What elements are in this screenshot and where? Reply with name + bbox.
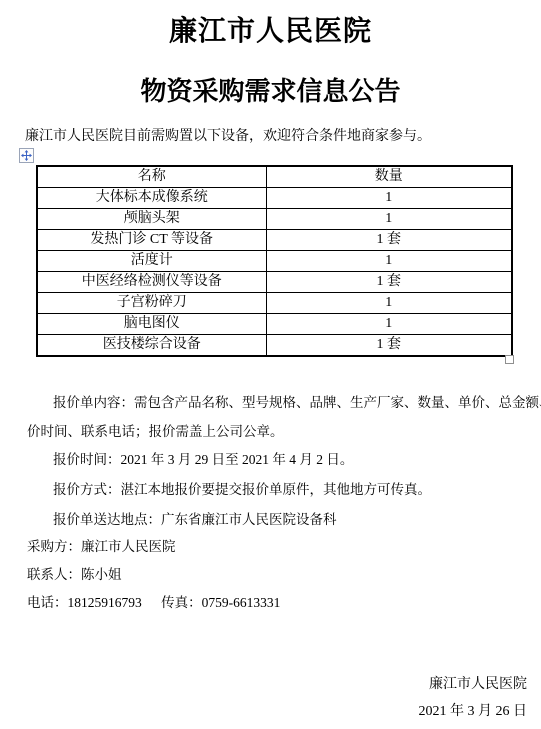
procurement-table: 名称 数量 大体标本成像系统1颅脑头架1发热门诊 CT 等设备1 套活度计1中医…: [36, 165, 513, 357]
table-row: 子宫粉碎刀1: [37, 293, 512, 314]
table-row: 医技楼综合设备1 套: [37, 335, 512, 357]
table-cell-name: 子宫粉碎刀: [37, 293, 266, 314]
quote-content-line1: 报价单内容：需包含产品名称、型号规格、品牌、生产厂家、数量、单价、总金额、报: [53, 394, 541, 411]
table-resize-handle[interactable]: [505, 355, 514, 364]
table-row: 发热门诊 CT 等设备1 套: [37, 230, 512, 251]
table-cell-name: 医技楼综合设备: [37, 335, 266, 357]
intro-paragraph: 廉江市人民医院目前需购置以下设备，欢迎符合条件地商家参与。: [25, 128, 431, 146]
move-arrows-icon: [21, 150, 32, 161]
fax-value: 传真：0759-6613331: [161, 594, 280, 611]
table-cell-qty: 1: [266, 314, 512, 335]
table-header-name: 名称: [37, 166, 266, 188]
table-cell-qty: 1 套: [266, 230, 512, 251]
table-row: 颅脑头架1: [37, 209, 512, 230]
table-cell-name: 中医经络检测仪等设备: [37, 272, 266, 293]
phone-fax-line: 电话：18125916793 传真：0759-6613331: [27, 594, 280, 611]
contact-line: 联系人：陈小姐: [27, 566, 122, 583]
table-row: 中医经络检测仪等设备1 套: [37, 272, 512, 293]
document-subtitle: 物资采购需求信息公告: [0, 71, 541, 108]
document-page: 廉江市人民医院 物资采购需求信息公告 廉江市人民医院目前需购置以下设备，欢迎符合…: [0, 0, 541, 729]
table-cell-qty: 1: [266, 293, 512, 314]
phone-value: 电话：18125916793: [27, 595, 142, 610]
document-title: 廉江市人民医院: [0, 9, 541, 49]
table-cell-qty: 1: [266, 188, 512, 209]
table-header-qty: 数量: [266, 166, 512, 188]
quote-time-line: 报价时间：2021 年 3 月 29 日至 2021 年 4 月 2 日。: [53, 451, 353, 468]
table-cell-name: 颅脑头架: [37, 209, 266, 230]
table-cell-qty: 1: [266, 251, 512, 272]
table-cell-qty: 1 套: [266, 272, 512, 293]
quote-content-line2: 价时间、联系电话；报价需盖上公司公章。: [27, 423, 284, 440]
quote-method-line: 报价方式：湛江本地报价要提交报价单原件，其他地方可传真。: [53, 481, 431, 498]
table-header-row: 名称 数量: [37, 166, 512, 188]
table-cell-name: 大体标本成像系统: [37, 188, 266, 209]
table-cell-name: 发热门诊 CT 等设备: [37, 230, 266, 251]
table-cell-qty: 1: [266, 209, 512, 230]
purchaser-line: 采购方：廉江市人民医院: [27, 538, 176, 555]
table-row: 大体标本成像系统1: [37, 188, 512, 209]
table-cell-qty: 1 套: [266, 335, 512, 357]
table-body: 大体标本成像系统1颅脑头架1发热门诊 CT 等设备1 套活度计1中医经络检测仪等…: [37, 188, 512, 357]
footer-date: 2021 年 3 月 26 日: [419, 700, 528, 720]
delivery-location-line: 报价单送达地点：广东省廉江市人民医院设备科: [53, 511, 337, 528]
table-row: 活度计1: [37, 251, 512, 272]
table-cell-name: 活度计: [37, 251, 266, 272]
footer-org: 廉江市人民医院: [429, 673, 527, 693]
table-row: 脑电图仪1: [37, 314, 512, 335]
table-move-handle-icon[interactable]: [19, 148, 34, 163]
table-cell-name: 脑电图仪: [37, 314, 266, 335]
